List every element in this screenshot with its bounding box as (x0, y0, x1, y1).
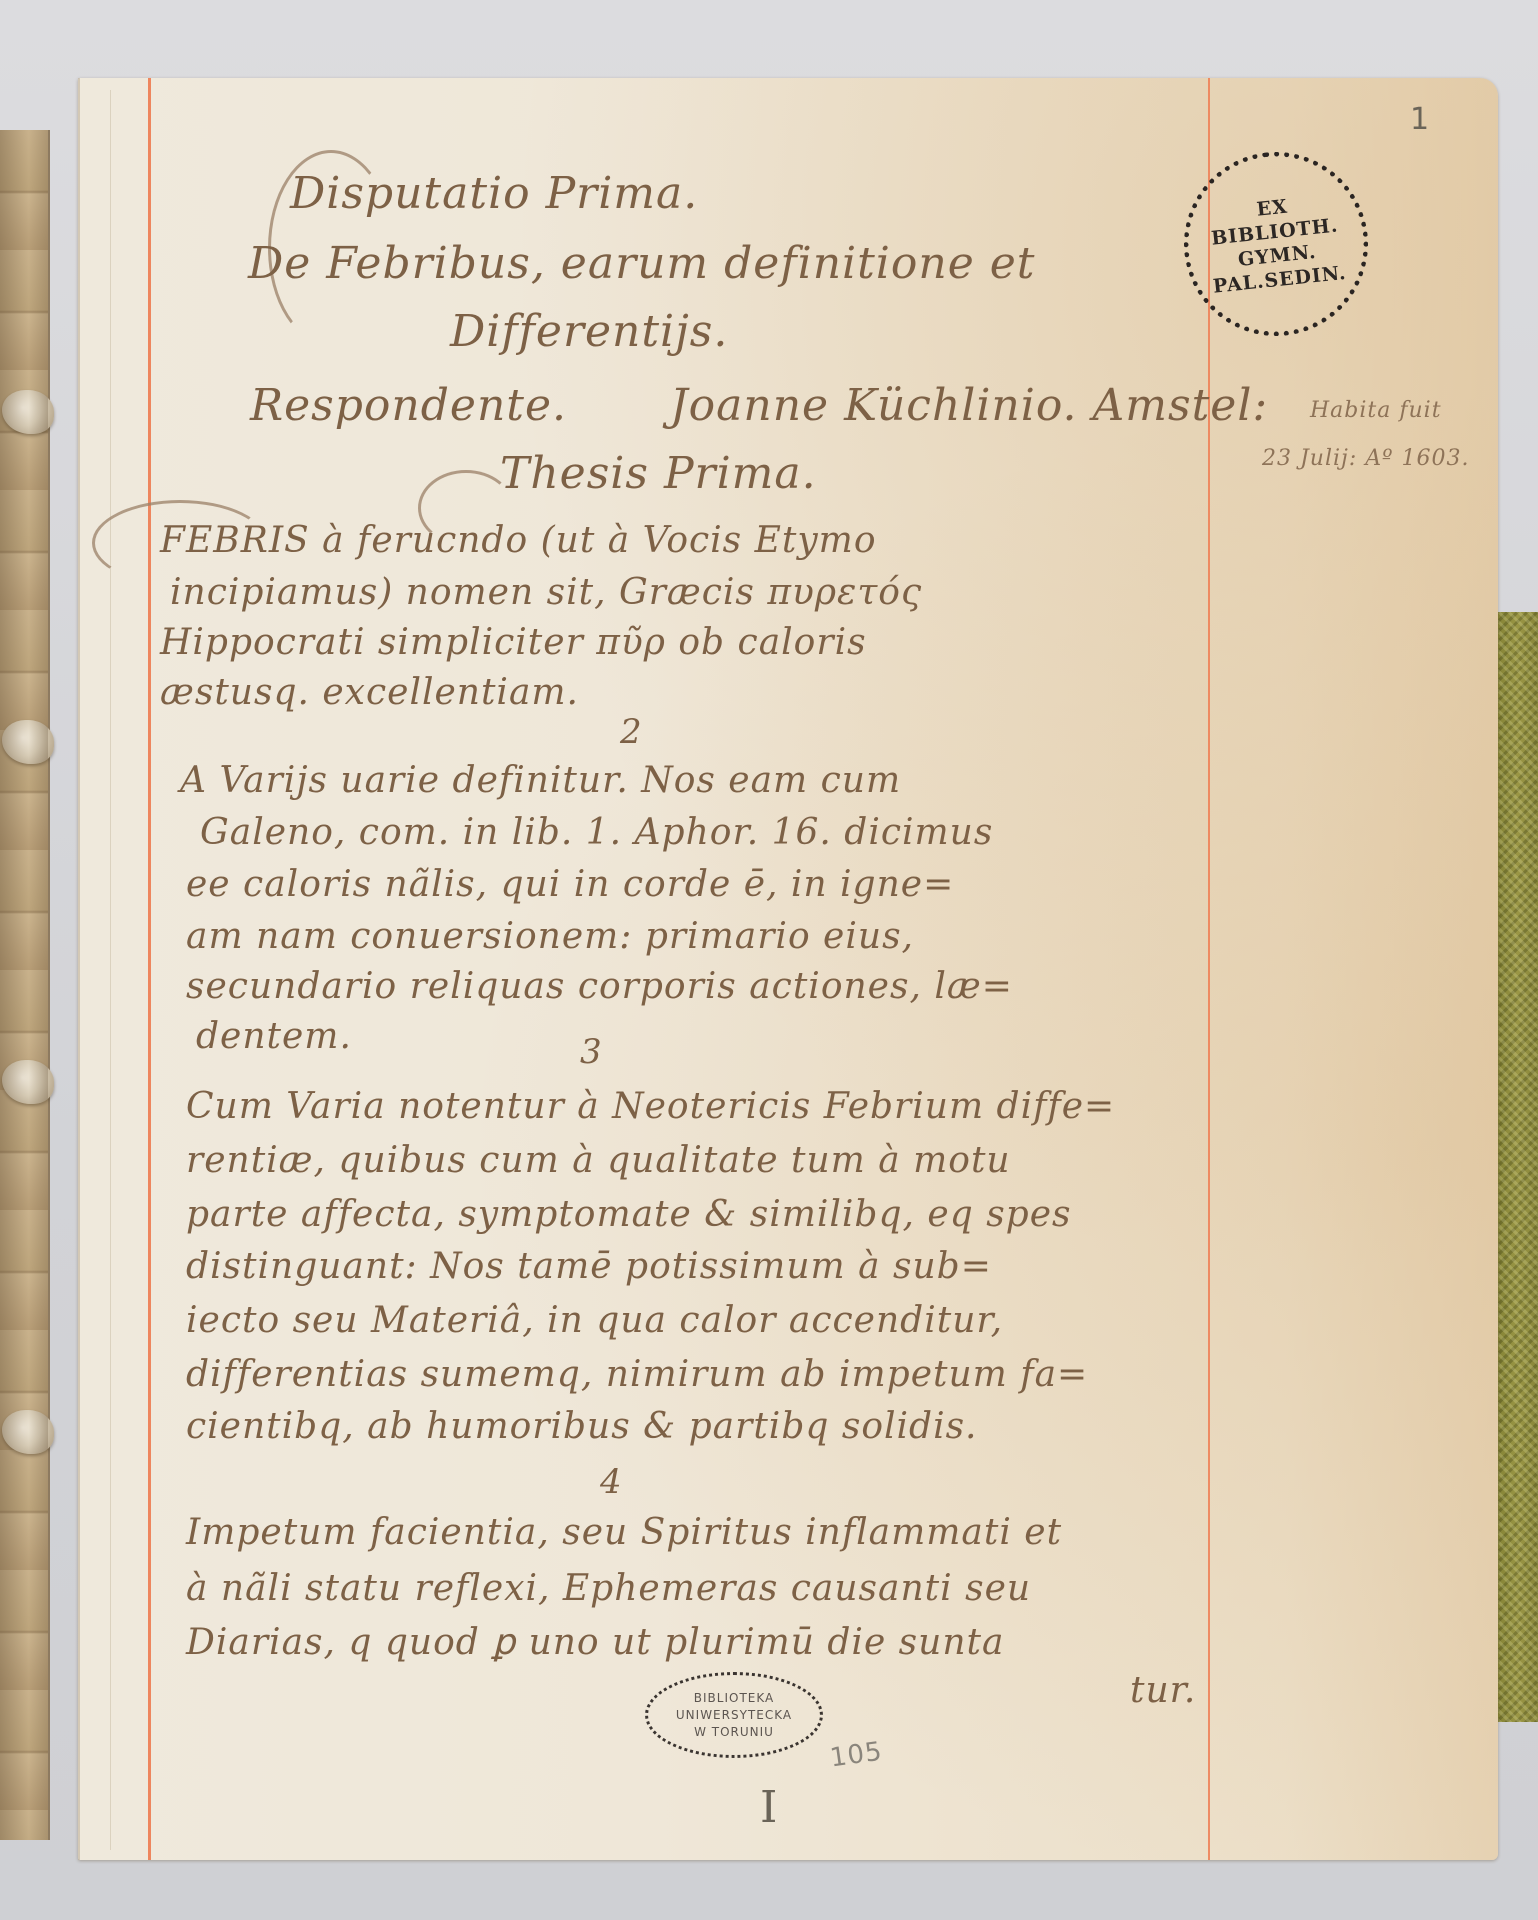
folio-number: 1 (1410, 102, 1430, 137)
thesis-1-line: æstusq. excellentiam. (160, 672, 579, 713)
left-margin-rule (148, 78, 151, 1860)
thesis-2-number: 2 (620, 712, 643, 752)
thesis-3-line: rentiæ, quibus cum à qualitate tum à mot… (186, 1140, 1011, 1181)
stamp-line: W TORUNIU (694, 1724, 774, 1741)
right-margin-rule (1208, 78, 1210, 1860)
thesis-3-line: iecto seu Materiâ, in qua calor accendit… (186, 1300, 1003, 1341)
binding-thread-knot (2, 390, 54, 434)
thesis-2-line: Galeno, com. in lib. 1. Aphor. 16. dicim… (200, 812, 993, 853)
thesis-4-line: à nãli statu reflexi, Ephemeras causanti… (186, 1568, 1031, 1609)
marginal-note-line-2: 23 Julij: Aº 1603. (1262, 446, 1469, 471)
thesis-3-line: distinguant: Nos tamē potissimum à sub= (186, 1246, 992, 1287)
pencil-roman-numeral: I (760, 1782, 778, 1833)
thesis-2-line: ee caloris nãlis, qui in corde ē, in ign… (186, 864, 954, 905)
thesis-3-line: differentias sumemq, nimirum ab impetum … (186, 1354, 1088, 1395)
thesis-4-line: Diarias, q quod ꝑ uno ut plurimū die sun… (186, 1622, 1004, 1663)
binding-thread-knot (2, 1060, 54, 1104)
stamp-line: EX (1255, 195, 1289, 222)
thesis-title: Thesis Prima. (500, 448, 817, 499)
binding-thread-knot (2, 720, 54, 764)
heading-line-1: Disputatio Prima. (290, 168, 698, 219)
heading-line-2: De Febribus, earum definitione et (248, 238, 1035, 289)
thesis-1-line: Hippocrati simpliciter πῦρ ob caloris (160, 622, 867, 663)
book-binding-spine (0, 130, 50, 1840)
heading-line-3: Differentijs. (450, 306, 728, 357)
respondent-name: Joanne Küchlinio. Amstel: (670, 380, 1268, 431)
thesis-3-line: cientibq, ab humoribus & partibq solidis… (186, 1406, 978, 1447)
thesis-2-line: dentem. (196, 1016, 352, 1057)
binding-thread-knot (2, 1410, 54, 1454)
thesis-2-line: secundario reliquas corporis actiones, l… (186, 966, 1013, 1007)
thesis-4-number: 4 (600, 1462, 623, 1502)
marginal-note-line-1: Habita fuit (1310, 398, 1442, 423)
thesis-3-line: parte affecta, symptomate & similibq, eq… (186, 1194, 1072, 1235)
thesis-1-line: FEBRIS à ferucndo (ut à Vocis Etymo (160, 520, 877, 561)
stamp-line: UNIWERSYTECKA (676, 1707, 792, 1724)
thesis-2-line: A Varijs uarie definitur. Nos eam cum (180, 760, 901, 801)
thesis-3-number: 3 (580, 1032, 603, 1072)
thesis-4-line: Impetum facientia, seu Spiritus inflamma… (186, 1512, 1062, 1553)
library-stamp-oval: BIBLIOTEKA UNIWERSYTECKA W TORUNIU (645, 1672, 823, 1758)
thesis-1-line: incipiamus) nomen sit, Græcis πυρετός (170, 572, 922, 613)
page-edge-shadow (78, 78, 80, 1860)
thesis-4-line: tur. (1130, 1670, 1196, 1711)
respondent-label: Respondente. (250, 380, 567, 431)
thesis-2-line: am nam conuersionem: primario eius, (186, 916, 914, 957)
stamp-line: BIBLIOTEKA (694, 1690, 774, 1707)
page-crease (110, 90, 111, 1850)
thesis-3-line: Cum Varia notentur à Neotericis Febrium … (186, 1086, 1115, 1127)
